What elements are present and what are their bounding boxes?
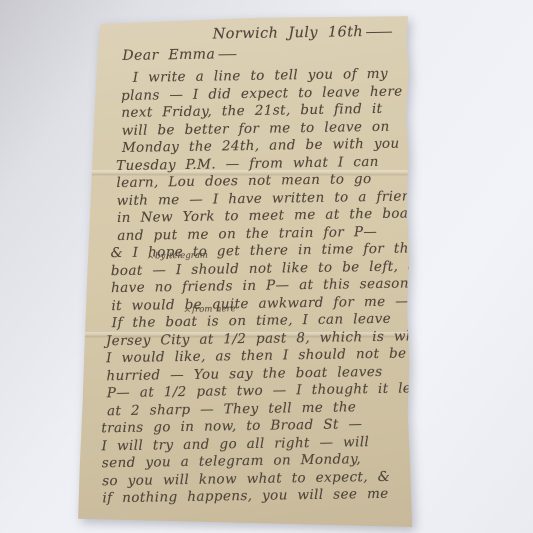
dateline-flourish (366, 32, 392, 33)
letter-paper: Norwich July 16th Dear Emma I write a li… (68, 10, 416, 527)
letter-dateline: Norwich July 16th (94, 24, 394, 45)
salutation-flourish (218, 54, 236, 55)
caret-mark: ^ (183, 309, 191, 319)
letter-salutation: Dear Emma (122, 44, 394, 64)
interline-insertion: ^by telegram (147, 252, 209, 265)
letter-line: if nothing happens, you will see me (102, 486, 401, 508)
dateline-text: Norwich July 16th (213, 24, 364, 42)
letter-text: Norwich July 16th Dear Emma I write a li… (94, 24, 401, 508)
insertion-text: from here (192, 304, 236, 315)
photo-background: Norwich July 16th Dear Emma I write a li… (68, 10, 416, 527)
insertion-text: by telegram (155, 251, 208, 262)
letter-body: I write a line to tell you of my plans —… (95, 66, 402, 508)
interline-insertion: ^from here (183, 305, 235, 318)
salutation-text: Dear Emma (122, 46, 215, 63)
caret-mark: ^ (147, 255, 155, 265)
